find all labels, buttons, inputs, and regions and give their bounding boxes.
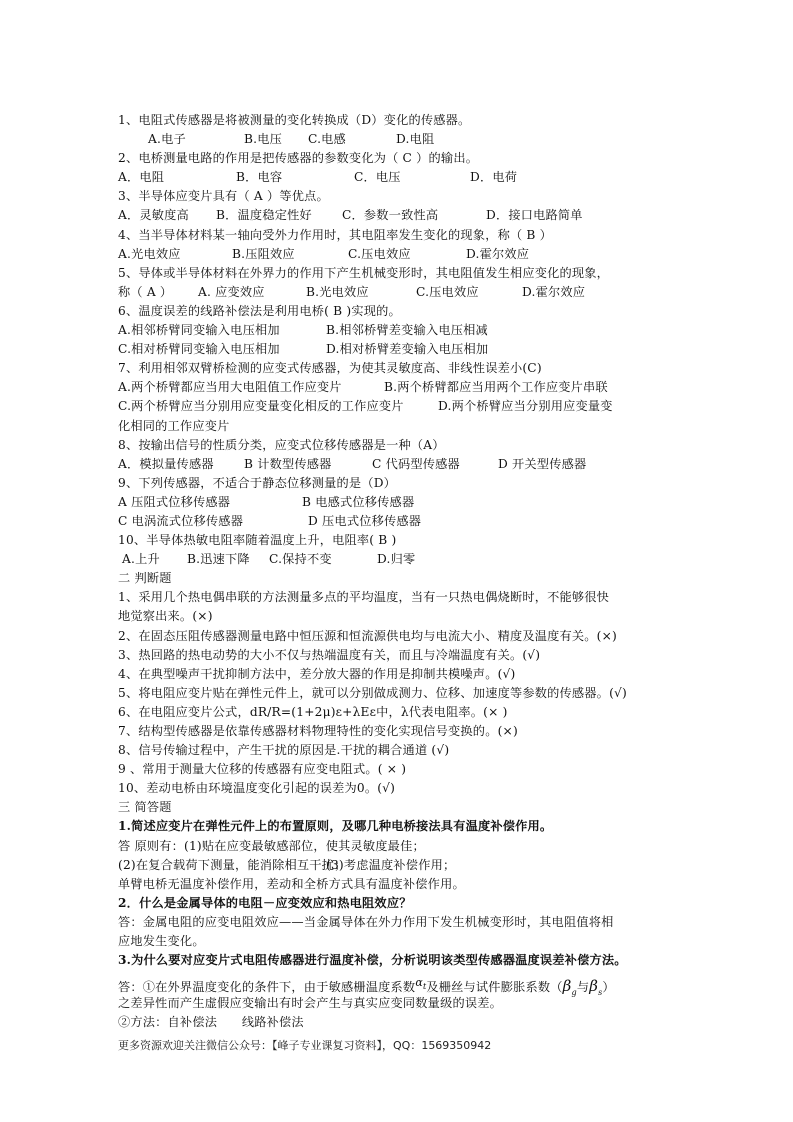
option-d: D.电阻 xyxy=(396,130,434,149)
question-6-options-2: C.相对桥臂同变输入电压相加D.相对桥臂差变输入电压相加 xyxy=(118,340,688,359)
question-9-options-1: A 压阻式位移传感器B 电感式位移传感器 xyxy=(118,493,688,512)
short-question-3: 3.为什么要对应变片式电阻传感器进行温度补偿，分析说明该类型传感器温度误差补偿方… xyxy=(118,951,688,970)
option-a: A．电阻 xyxy=(118,168,236,187)
answer-3-line-2: 之差异性而产生虚假应变输出有时会产生与真实应变同数量级的误差。 xyxy=(118,994,688,1013)
question-2-options: A．电阻B．电容C．电压D．电荷 xyxy=(118,168,688,187)
option-c: C.压电效应 xyxy=(348,245,466,264)
question-5: 5、导体或半导体材料在外界力的作用下产生机械变形时，其电阻值发生相应变化的现象， xyxy=(118,264,688,283)
footer-note: 更多资源欢迎关注微信公众号：【峰子专业课复习资料】，QQ：1569350942 xyxy=(118,1037,491,1053)
judgment-item: 5、将电阻应变片贴在弹性元件上，就可以分别做成测力、位移、加速度等参数的传感器。… xyxy=(118,684,688,703)
option-b: B 计数型传感器 xyxy=(244,455,372,474)
section-2-title: 二 判断题 xyxy=(118,569,688,588)
option-d: D.霍尔效应 xyxy=(522,283,585,302)
answer-3-line-3: ②方法：自补偿法 线路补偿法 xyxy=(118,1013,688,1032)
judgment-item: 地觉察出来。(×) xyxy=(118,607,688,626)
option-a: A.两个桥臂都应当用大电阻值工作应变片 xyxy=(118,378,384,397)
question-1: 1、电阻式传感器是将被测量的变化转换成（D）变化的传感器。 xyxy=(118,111,688,130)
question-2: 2、电桥测量电路的作用是把传感器的参数变化为（ C ）的输出。 xyxy=(118,149,688,168)
document-page: 1、电阻式传感器是将被测量的变化转换成（D）变化的传感器。 A.电子B.电压C.… xyxy=(118,111,688,1032)
option-a: A.相邻桥臂同变输入电压相加 xyxy=(118,321,326,340)
answer-1-point-3: (3)考虑温度补偿作用； xyxy=(326,856,455,875)
option-d: D．接口电路简单 xyxy=(486,206,583,225)
question-4: 4、当半导体材料某一轴向受外力作用时，其电阻率发生变化的现象，称（ B ） xyxy=(118,226,688,245)
option-a: A.上升 xyxy=(122,550,187,569)
question-4-options: A.光电效应B.压阻效应C.压电效应D.霍尔效应 xyxy=(118,245,688,264)
beta-s-symbol: βs xyxy=(589,977,602,995)
judgment-item: 9 、常用于测量大位移的传感器有应变电阻式。( × ) xyxy=(118,760,688,779)
question-1-options: A.电子B.电压C.电感D.电阻 xyxy=(118,130,688,149)
option-a: A. 应变效应 xyxy=(198,283,306,302)
judgment-item: 6、在电阻应变片公式，dR/R=(1+2μ)ε+λEε中，λ代表电阻率。(× ) xyxy=(118,703,688,722)
answer-1-line-2: (2)在复合载荷下测量，能消除相互干扰；(3)考虑温度补偿作用； xyxy=(118,856,688,875)
option-c: C.压电效应 xyxy=(416,283,522,302)
option-c: C.两个桥臂应当分别用应变量变化相反的工作应变片 xyxy=(118,397,438,416)
option-d: D.两个桥臂应当分别用应变量变 xyxy=(438,397,613,416)
section-3-title: 三 简答题 xyxy=(118,798,688,817)
option-a: A.光电效应 xyxy=(118,245,232,264)
option-b: B．电容 xyxy=(236,168,354,187)
judgment-item: 4、在典型噪声干扰抑制方法中，差分放大器的作用是抑制共模噪声。(√) xyxy=(118,665,688,684)
option-b: B.两个桥臂都应当用两个工作应变片串联 xyxy=(384,378,608,397)
question-9-options-2: C 电涡流式位移传感器D 压电式位移传感器 xyxy=(118,512,688,531)
question-5-options: 称（ A ）A. 应变效应B.光电效应C.压电效应D.霍尔效应 xyxy=(118,283,688,302)
answer-1-point-2: (2)在复合载荷下测量，能消除相互干扰； xyxy=(118,856,326,875)
option-d: D 开关型传感器 xyxy=(498,455,586,474)
option-c: C．参数一致性高 xyxy=(342,206,486,225)
question-8: 8、按输出信号的性质分类，应变式位移传感器是一种（A） xyxy=(118,436,688,455)
judgment-item: 1、采用几个热电偶串联的方法测量多点的平均温度，当有一只热电偶烧断时，不能够很快 xyxy=(118,588,688,607)
option-b: B.光电效应 xyxy=(306,283,416,302)
short-question-1: 1.简述应变片在弹性元件上的布置原则，及哪几种电桥接法具有温度补偿作用。 xyxy=(118,817,688,836)
option-b: B.迅速下降 xyxy=(187,550,269,569)
close-paren: ） xyxy=(602,980,614,994)
judgment-item: 7、结构型传感器是依靠传感器材料物理特性的变化实现信号变换的。(×) xyxy=(118,722,688,741)
judgment-item: 10、差动电桥由环境温度变化引起的误差为0。(√) xyxy=(118,779,688,798)
option-b: B 电感式位移传感器 xyxy=(302,493,414,512)
question-7-options-1: A.两个桥臂都应当用大电阻值工作应变片B.两个桥臂都应当用两个工作应变片串联 xyxy=(118,378,688,397)
answer-3-line-1: 答：①在外界温度变化的条件下，由于敏感栅温度系数αt及栅丝与试件膨胀系数（βg与… xyxy=(118,970,688,994)
question-6-options-1: A.相邻桥臂同变输入电压相加B.相邻桥臂差变输入电压相减 xyxy=(118,321,688,340)
option-d: D．电荷 xyxy=(470,168,517,187)
option-a: A．灵敏度高 xyxy=(118,206,216,225)
with-text: 与 xyxy=(577,980,589,994)
alpha-symbol: αt xyxy=(415,980,426,994)
question-3: 3、半导体应变片具有（ A ）等优点。 xyxy=(118,187,688,206)
option-c: C.电感 xyxy=(308,130,396,149)
question-10-options: A.上升B.迅速下降C.保持不变D.归零 xyxy=(118,550,688,569)
option-d: D.归零 xyxy=(377,550,415,569)
option-a: A 压阻式位移传感器 xyxy=(118,493,302,512)
option-c: C.保持不变 xyxy=(269,550,377,569)
option-d: D 压电式位移传感器 xyxy=(308,512,421,531)
answer-1-line-1: 答 原则有：(1)贴在应变最敏感部位，使其灵敏度最佳； xyxy=(118,837,688,856)
judgment-item: 3、热回路的热电动势的大小不仅与热端温度有关，而且与冷端温度有关。(√) xyxy=(118,646,688,665)
answer-prefix: 称（ A ） xyxy=(118,283,198,302)
answer-2-line-2: 应地发生变化。 xyxy=(118,932,688,951)
question-9: 9、下列传感器，不适合于静态位移测量的是（D） xyxy=(118,474,688,493)
question-8-options: A．模拟量传感器B 计数型传感器C 代码型传感器D 开关型传感器 xyxy=(118,455,688,474)
option-b: B.电压 xyxy=(244,130,308,149)
option-c: C 电涡流式位移传感器 xyxy=(118,512,308,531)
option-b: B.压阻效应 xyxy=(232,245,348,264)
option-d: D.霍尔效应 xyxy=(466,245,529,264)
question-6: 6、温度误差的线路补偿法是利用电桥( B )实现的。 xyxy=(118,302,688,321)
question-10: 10、半导体热敏电阻率随着温度上升，电阻率( B ) xyxy=(118,531,688,550)
option-c: C．电压 xyxy=(354,168,470,187)
option-d: D.相对桥臂差变输入电压相加 xyxy=(326,340,488,359)
question-7: 7、利用相邻双臂桥检测的应变式传感器，为使其灵敏度高、非线性误差小(C) xyxy=(118,359,688,378)
beta-g-symbol: βg xyxy=(563,977,577,995)
short-question-2: 2．什么是金属导体的电阻－应变效应和热电阻效应？ xyxy=(118,894,688,913)
judgment-item: 8、信号传输过程中，产生干扰的原因是.干扰的耦合通道 (√) xyxy=(118,741,688,760)
answer-1-line-3: 单臂电桥无温度补偿作用，差动和全桥方式具有温度补偿作用。 xyxy=(118,875,688,894)
option-a: A.电子 xyxy=(148,130,244,149)
option-b: B．温度稳定性好 xyxy=(216,206,342,225)
question-3-options: A．灵敏度高B．温度稳定性好C．参数一致性高D．接口电路简单 xyxy=(118,206,688,225)
answer-3-text-b: 及栅丝与试件膨胀系数（ xyxy=(426,980,562,994)
option-b: B.相邻桥臂差变输入电压相减 xyxy=(326,321,488,340)
option-c: C 代码型传感器 xyxy=(372,455,498,474)
answer-2-line-1: 答：金属电阻的应变电阻效应——当金属导体在外力作用下发生机械变形时，其电阻值将相 xyxy=(118,913,688,932)
option-c: C.相对桥臂同变输入电压相加 xyxy=(118,340,326,359)
option-a: A．模拟量传感器 xyxy=(118,455,244,474)
answer-3-text-a: 答：①在外界温度变化的条件下，由于敏感栅温度系数 xyxy=(118,980,415,994)
judgment-item: 2、在固态压阻传感器测量电路中恒压源和恒流源供电均与电流大小、精度及温度有关。(… xyxy=(118,627,688,646)
question-7-continuation: 化相同的工作应变片 xyxy=(118,417,688,436)
question-7-options-2: C.两个桥臂应当分别用应变量变化相反的工作应变片D.两个桥臂应当分别用应变量变 xyxy=(118,397,688,416)
